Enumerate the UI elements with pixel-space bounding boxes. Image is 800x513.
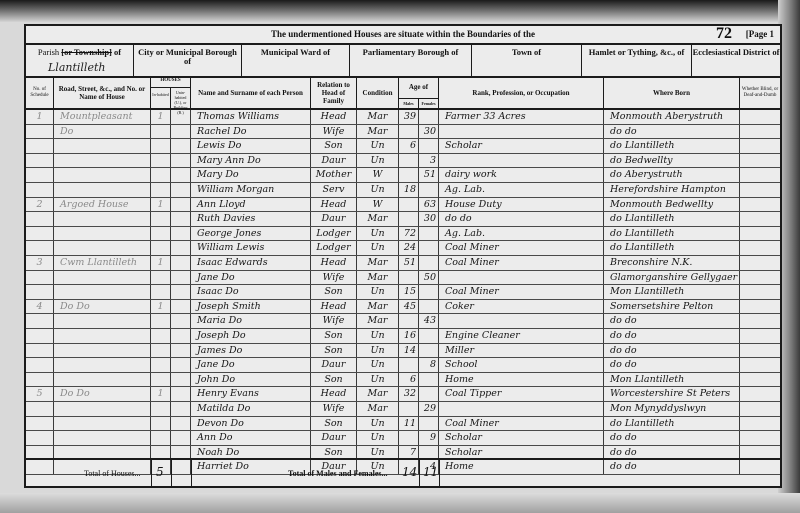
- relation: Head: [311, 256, 357, 270]
- schedule-number: [26, 329, 54, 343]
- person-name: John Do: [191, 373, 311, 387]
- condition: Mar: [357, 212, 399, 226]
- person-name: Henry Evans: [191, 387, 311, 401]
- birthplace: do Llantilleth: [604, 212, 740, 226]
- age-male: 32: [399, 387, 419, 401]
- relation: Son: [311, 417, 357, 431]
- schedule-number: 4: [26, 300, 54, 314]
- infirmity: [740, 300, 780, 314]
- house-name: [54, 271, 151, 285]
- occupation: [439, 271, 604, 285]
- occupation: Coal Tipper: [439, 387, 604, 401]
- birthplace: do do: [604, 125, 740, 139]
- relation: Lodger: [311, 227, 357, 241]
- relation: Daur: [311, 358, 357, 372]
- table-row: Ruth DaviesDaurMar30do dodo Llantilleth: [26, 212, 780, 227]
- inhabited-count: [151, 139, 171, 153]
- ecclesiastical-cell: Ecclesiastical District of: [692, 45, 780, 76]
- age-male: 24: [399, 241, 419, 255]
- relation: Daur: [311, 154, 357, 168]
- table-row: Jane DoWifeMar50Glamorganshire Gellygaer: [26, 271, 780, 286]
- age-male: [399, 431, 419, 445]
- condition: Un: [357, 227, 399, 241]
- infirmity: [740, 285, 780, 299]
- age-female: 8: [419, 358, 439, 372]
- infirmity: [740, 373, 780, 387]
- house-name: [54, 431, 151, 445]
- relation: Head: [311, 110, 357, 124]
- uninhabited-count: [171, 110, 191, 124]
- uninhabited-count: [171, 344, 191, 358]
- birthplace: do Llantilleth: [604, 241, 740, 255]
- birthplace: Monmouth Bedwellty: [604, 198, 740, 212]
- infirmity: [740, 256, 780, 270]
- house-name: [54, 344, 151, 358]
- houses-label: HOUSES: [160, 78, 180, 84]
- age-male: [399, 314, 419, 328]
- ward-cell: Municipal Ward of: [242, 45, 350, 76]
- age-female: [419, 329, 439, 343]
- person-name: George Jones: [191, 227, 311, 241]
- relation: Son: [311, 285, 357, 299]
- inhabited-count: [151, 227, 171, 241]
- house-name: [54, 168, 151, 182]
- age-male: [399, 198, 419, 212]
- uninhabited-count: [171, 168, 191, 182]
- condition: Mar: [357, 125, 399, 139]
- occupation: Coker: [439, 300, 604, 314]
- age-female: [419, 110, 439, 124]
- age-male: [399, 125, 419, 139]
- table-row: Mary Ann DoDaurUn3do Bedwellty: [26, 154, 780, 169]
- person-name: Lewis Do: [191, 139, 311, 153]
- relation: Head: [311, 387, 357, 401]
- infirmity: [740, 344, 780, 358]
- occupation: Ag. Lab.: [439, 227, 604, 241]
- schedule-number: [26, 139, 54, 153]
- age-male: [399, 168, 419, 182]
- birthplace: Breconshire N.K.: [604, 256, 740, 270]
- totals-row: Total of Houses... 5 Total of Males and …: [26, 458, 780, 486]
- inhabited-count: [151, 212, 171, 226]
- infirmity: [740, 387, 780, 401]
- infirmity: [740, 125, 780, 139]
- schedule-number: [26, 212, 54, 226]
- inhabited-count: [151, 402, 171, 416]
- age-male: 18: [399, 183, 419, 197]
- condition: Un: [357, 344, 399, 358]
- age-female: [419, 227, 439, 241]
- inhabited-count: [151, 431, 171, 445]
- parish-label: Parish: [38, 47, 59, 57]
- occupation: dairy work: [439, 168, 604, 182]
- occupation: Scholar: [439, 431, 604, 445]
- age-female: [419, 373, 439, 387]
- age-male: [399, 358, 419, 372]
- township-struck-label: [or Township]: [61, 47, 112, 57]
- infirmity: [740, 431, 780, 445]
- occupation: Coal Miner: [439, 417, 604, 431]
- inhabited-label: In-habited: [151, 88, 171, 108]
- condition: Un: [357, 358, 399, 372]
- table-row: Lewis DoSonUn6Scholardo Llantilleth: [26, 139, 780, 154]
- schedule-number: [26, 417, 54, 431]
- uninhabited-count: [171, 198, 191, 212]
- inhabited-count: 1: [151, 198, 171, 212]
- condition: Mar: [357, 256, 399, 270]
- birthplace: do Llantilleth: [604, 139, 740, 153]
- relation: Head: [311, 300, 357, 314]
- schedule-number: [26, 241, 54, 255]
- banner: The undermentioned Houses are situate wi…: [26, 26, 780, 45]
- uninhabited-count: [171, 154, 191, 168]
- inhabited-count: [151, 183, 171, 197]
- condition: Un: [357, 329, 399, 343]
- house-name: [54, 285, 151, 299]
- person-name: Joseph Do: [191, 329, 311, 343]
- birthplace: do do: [604, 358, 740, 372]
- table-row: Mary DoMotherW51dairy workdo Aberystruth: [26, 168, 780, 183]
- uninhabited-count: [171, 358, 191, 372]
- infirmity: [740, 154, 780, 168]
- table-row: Devon DoSonUn11Coal Minerdo Llantilleth: [26, 417, 780, 432]
- person-name: Joseph Smith: [191, 300, 311, 314]
- schedule-number: [26, 285, 54, 299]
- house-name: Cwm Llantilleth: [54, 256, 151, 270]
- birthplace: do Llantilleth: [604, 417, 740, 431]
- house-name: Do Do: [54, 387, 151, 401]
- house-name: [54, 241, 151, 255]
- age-female: [419, 256, 439, 270]
- city-cell: City or Municipal Borough of: [134, 45, 242, 76]
- occupation: Coal Miner: [439, 285, 604, 299]
- person-name: Jane Do: [191, 358, 311, 372]
- condition: Un: [357, 285, 399, 299]
- person-name: Mary Ann Do: [191, 154, 311, 168]
- occupation: Scholar: [439, 139, 604, 153]
- hamlet-cell: Hamlet or Tything, &c., of: [582, 45, 692, 76]
- uninhabited-count: [171, 329, 191, 343]
- person-name: Jane Do: [191, 271, 311, 285]
- house-name: Do Do: [54, 300, 151, 314]
- occupation: [439, 125, 604, 139]
- column-headers: No. of Schedule Road, Street, &c., and N…: [26, 78, 780, 110]
- age-female: 3: [419, 154, 439, 168]
- parish-of-label: of: [114, 47, 121, 57]
- age-female: 29: [419, 402, 439, 416]
- schedule-number: [26, 402, 54, 416]
- person-name: William Morgan: [191, 183, 311, 197]
- infirmity: [740, 271, 780, 285]
- condition: Mar: [357, 110, 399, 124]
- birthplace: Mon Llantilleth: [604, 285, 740, 299]
- person-name: Isaac Do: [191, 285, 311, 299]
- schedule-number: [26, 271, 54, 285]
- age-female: [419, 300, 439, 314]
- total-houses-label: Total of Houses...: [84, 469, 141, 478]
- col-age: Age of Males Females: [399, 78, 439, 108]
- table-row: 3Cwm Llantilleth1Isaac EdwardsHeadMar51C…: [26, 256, 780, 271]
- condition: Un: [357, 431, 399, 445]
- person-name: James Do: [191, 344, 311, 358]
- col-infirm: Whether Blind, or Deaf-and-Dumb: [740, 78, 780, 108]
- age-female: 43: [419, 314, 439, 328]
- inhabited-count: 1: [151, 387, 171, 401]
- person-name: William Lewis: [191, 241, 311, 255]
- occupation: Home: [439, 373, 604, 387]
- table-row: John DoSonUn6HomeMon Llantilleth: [26, 373, 780, 388]
- inhabited-count: [151, 373, 171, 387]
- col-relation: Relation to Head of Family: [311, 78, 357, 108]
- table-row: 2Argoed House1Ann LloydHeadW63House Duty…: [26, 198, 780, 213]
- occupation: Farmer 33 Acres: [439, 110, 604, 124]
- house-name: [54, 402, 151, 416]
- birthplace: Worcestershire St Peters: [604, 387, 740, 401]
- birthplace: do do: [604, 431, 740, 445]
- inhabited-count: [151, 241, 171, 255]
- table-row: William MorganServUn18Ag. Lab.Herefordsh…: [26, 183, 780, 198]
- col-occupation: Rank, Profession, or Occupation: [439, 78, 604, 108]
- col-condition: Condition: [357, 78, 399, 108]
- total-males-value: 14: [402, 465, 417, 479]
- age-female: [419, 183, 439, 197]
- parish-value: Llantilleth: [48, 63, 105, 72]
- col-born: Where Born: [604, 78, 740, 108]
- infirmity: [740, 227, 780, 241]
- inhabited-count: 1: [151, 256, 171, 270]
- infirmity: [740, 417, 780, 431]
- relation: Wife: [311, 125, 357, 139]
- age-male: [399, 271, 419, 285]
- age-male: 11: [399, 417, 419, 431]
- census-page: The undermentioned Houses are situate wi…: [24, 24, 782, 488]
- house-name: [54, 139, 151, 153]
- occupation: Ag. Lab.: [439, 183, 604, 197]
- infirmity: [740, 241, 780, 255]
- males-label: Males: [399, 99, 419, 108]
- occupation: do do: [439, 212, 604, 226]
- uninhabited-count: [171, 402, 191, 416]
- occupation: Coal Miner: [439, 256, 604, 270]
- schedule-number: [26, 314, 54, 328]
- inhabited-count: [151, 344, 171, 358]
- relation: Son: [311, 329, 357, 343]
- birthplace: do do: [604, 329, 740, 343]
- person-name: Matilda Do: [191, 402, 311, 416]
- house-name: [54, 314, 151, 328]
- table-row: 1Mountpleasant1Thomas WilliamsHeadMar39F…: [26, 110, 780, 125]
- house-name: Do: [54, 125, 151, 139]
- relation: Serv: [311, 183, 357, 197]
- uninhabited-count: [171, 314, 191, 328]
- inhabited-count: [151, 154, 171, 168]
- schedule-number: [26, 431, 54, 445]
- banner-title: The undermentioned Houses are situate wi…: [26, 29, 780, 39]
- relation: Son: [311, 373, 357, 387]
- table-row: James DoSonUn14Millerdo do: [26, 344, 780, 359]
- inhabited-count: [151, 285, 171, 299]
- schedule-number: [26, 168, 54, 182]
- relation: Son: [311, 344, 357, 358]
- relation: Daur: [311, 212, 357, 226]
- condition: Mar: [357, 387, 399, 401]
- schedule-number: 1: [26, 110, 54, 124]
- house-name: [54, 417, 151, 431]
- person-name: Ann Lloyd: [191, 198, 311, 212]
- inhabited-count: [151, 358, 171, 372]
- infirmity: [740, 198, 780, 212]
- uninhabited-count: [171, 373, 191, 387]
- infirmity: [740, 314, 780, 328]
- relation: Lodger: [311, 241, 357, 255]
- uninhabited-count: [171, 387, 191, 401]
- schedule-number: [26, 154, 54, 168]
- condition: W: [357, 168, 399, 182]
- total-females-value: 11: [423, 465, 438, 479]
- occupation: Engine Cleaner: [439, 329, 604, 343]
- inhabited-count: [151, 125, 171, 139]
- infirmity: [740, 183, 780, 197]
- age-male: 51: [399, 256, 419, 270]
- relation: Daur: [311, 431, 357, 445]
- relation: Wife: [311, 402, 357, 416]
- schedule-number: [26, 344, 54, 358]
- condition: Un: [357, 154, 399, 168]
- table-row: 4Do Do1Joseph SmithHeadMar45CokerSomerse…: [26, 300, 780, 315]
- person-name: Rachel Do: [191, 125, 311, 139]
- uninhabited-count: [171, 271, 191, 285]
- birthplace: Mon Llantilleth: [604, 373, 740, 387]
- table-row: Ann DoDaurUn9Scholardo do: [26, 431, 780, 446]
- person-name: Ann Do: [191, 431, 311, 445]
- age-female: 9: [419, 431, 439, 445]
- page-label: [Page 1: [746, 29, 774, 39]
- house-name: [54, 212, 151, 226]
- house-name: [54, 358, 151, 372]
- age-female: 30: [419, 212, 439, 226]
- condition: Un: [357, 139, 399, 153]
- age-male: 6: [399, 139, 419, 153]
- table-row: DoRachel DoWifeMar30do do: [26, 125, 780, 140]
- occupation: House Duty: [439, 198, 604, 212]
- age-female: [419, 241, 439, 255]
- inhabited-count: [151, 417, 171, 431]
- person-name: Thomas Williams: [191, 110, 311, 124]
- relation: Mother: [311, 168, 357, 182]
- person-name: Mary Do: [191, 168, 311, 182]
- condition: Un: [357, 241, 399, 255]
- infirmity: [740, 329, 780, 343]
- place-headers: Parish [or Township] of Llantilleth City…: [26, 45, 780, 78]
- inhabited-count: [151, 314, 171, 328]
- relation: Wife: [311, 314, 357, 328]
- birthplace: Monmouth Aberystruth: [604, 110, 740, 124]
- age-female: [419, 139, 439, 153]
- uninhabited-count: [171, 417, 191, 431]
- birthplace: Somersetshire Pelton: [604, 300, 740, 314]
- person-name: Ruth Davies: [191, 212, 311, 226]
- age-male: 6: [399, 373, 419, 387]
- age-male: 39: [399, 110, 419, 124]
- condition: Un: [357, 417, 399, 431]
- person-name: Isaac Edwards: [191, 256, 311, 270]
- inhabited-count: [151, 168, 171, 182]
- age-male: 72: [399, 227, 419, 241]
- uninhabited-count: [171, 227, 191, 241]
- infirmity: [740, 212, 780, 226]
- parliamentary-cell: Parliamentary Borough of: [350, 45, 472, 76]
- condition: Mar: [357, 300, 399, 314]
- infirmity: [740, 110, 780, 124]
- house-name: [54, 329, 151, 343]
- uninhabited-count: [171, 139, 191, 153]
- birthplace: do Llantilleth: [604, 227, 740, 241]
- occupation: [439, 402, 604, 416]
- age-label: Age of: [409, 83, 428, 91]
- folio-number: 72: [716, 25, 732, 43]
- uninhabited-count: [171, 183, 191, 197]
- occupation: [439, 314, 604, 328]
- condition: Un: [357, 373, 399, 387]
- birthplace: Mon Mynyddyslwyn: [604, 402, 740, 416]
- table-row: Matilda DoWifeMar29Mon Mynyddyslwyn: [26, 402, 780, 417]
- uninhabited-count: [171, 241, 191, 255]
- table-row: George JonesLodgerUn72Ag. Lab.do Llantil…: [26, 227, 780, 242]
- relation: Wife: [311, 271, 357, 285]
- scan-top-edge: [0, 0, 800, 22]
- condition: Mar: [357, 314, 399, 328]
- table-row: Joseph DoSonUn16Engine Cleanerdo do: [26, 329, 780, 344]
- uninhabited-count: [171, 125, 191, 139]
- age-female: 50: [419, 271, 439, 285]
- schedule-number: [26, 358, 54, 372]
- age-male: 45: [399, 300, 419, 314]
- person-name: Maria Do: [191, 314, 311, 328]
- birthplace: do do: [604, 344, 740, 358]
- age-male: [399, 402, 419, 416]
- condition: Mar: [357, 271, 399, 285]
- age-male: [399, 154, 419, 168]
- age-male: [399, 212, 419, 226]
- schedule-number: [26, 183, 54, 197]
- females-label: Females: [419, 99, 438, 108]
- age-male: 16: [399, 329, 419, 343]
- age-male: 15: [399, 285, 419, 299]
- house-name: [54, 227, 151, 241]
- house-name: [54, 154, 151, 168]
- inhabited-count: [151, 329, 171, 343]
- condition: Mar: [357, 402, 399, 416]
- uninhabited-count: [171, 431, 191, 445]
- schedule-number: 2: [26, 198, 54, 212]
- inhabited-count: 1: [151, 300, 171, 314]
- uninhabited-count: [171, 212, 191, 226]
- infirmity: [740, 168, 780, 182]
- birthplace: do do: [604, 314, 740, 328]
- uninhabited-count: [171, 300, 191, 314]
- schedule-number: 3: [26, 256, 54, 270]
- infirmity: [740, 358, 780, 372]
- birthplace: do Bedwellty: [604, 154, 740, 168]
- relation: Son: [311, 139, 357, 153]
- occupation: [439, 154, 604, 168]
- condition: W: [357, 198, 399, 212]
- age-male: 14: [399, 344, 419, 358]
- schedule-number: [26, 373, 54, 387]
- birthplace: Glamorganshire Gellygaer: [604, 271, 740, 285]
- condition: Un: [357, 183, 399, 197]
- table-row: 5Do Do1Henry EvansHeadMar32Coal TipperWo…: [26, 387, 780, 402]
